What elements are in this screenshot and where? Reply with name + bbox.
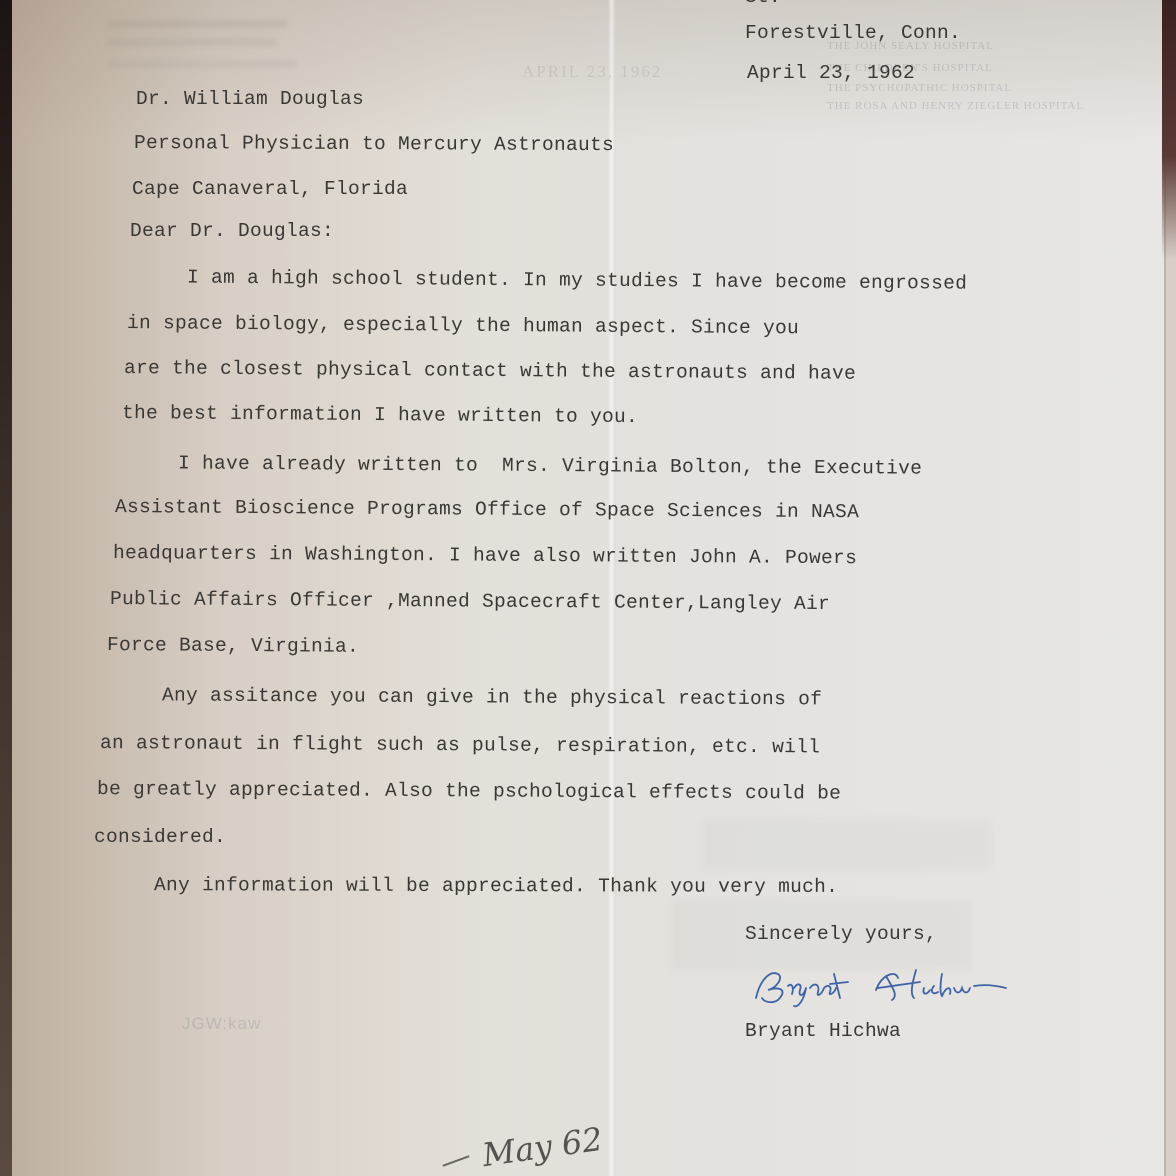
return-address-street-cropped: St. (745, 0, 781, 8)
body-line: considered. (94, 826, 226, 848)
show-through-letterhead-line: THE ROSA AND HENRY ZIEGLER HOSPITAL (827, 100, 1084, 112)
show-through-smudge (107, 20, 287, 28)
body-line: Force Base, Virginia. (107, 634, 359, 658)
photo-scene: APRIL 23, 1962 THE JOHN SEALY HOSPITAL T… (0, 0, 1176, 1176)
show-through-initials: JGW:kaw (182, 1014, 261, 1034)
salutation: Dear Dr. Douglas: (130, 220, 334, 242)
complimentary-close: Sincerely yours, (745, 923, 937, 945)
pencil-stroke (443, 1155, 470, 1166)
body-line: Any assitance you can give in the physic… (102, 684, 822, 710)
body-line: I have already written to Mrs. Virginia … (118, 452, 922, 480)
background-edge-right (1162, 0, 1176, 260)
body-line: Assistant Bioscience Programs Office of … (115, 496, 859, 523)
body-line: are the closest physical contact with th… (124, 357, 856, 385)
body-line: in space biology, especially the human a… (127, 312, 799, 339)
body-line: Public Affairs Officer ,Manned Spacecraf… (110, 588, 830, 615)
body-line: headquarters in Washington. I have also … (113, 542, 857, 569)
letter-date: April 23, 1962 (747, 62, 915, 84)
show-through-smudge (107, 38, 277, 46)
body-line: I am a high school student. In my studie… (127, 266, 967, 295)
body-line: be greatly appreciated. Also the pscholo… (97, 778, 841, 805)
return-address-city: Forestville, Conn. (745, 22, 961, 44)
recipient-location: Cape Canaveral, Florida (132, 178, 408, 200)
letter-paper: APRIL 23, 1962 THE JOHN SEALY HOSPITAL T… (12, 0, 1166, 1176)
recipient-title: Personal Physician to Mercury Astronauts (134, 132, 614, 156)
show-through-date: APRIL 23, 1962 (522, 62, 662, 82)
body-line: an astronaut in flight such as pulse, re… (100, 732, 820, 758)
typed-signer-name: Bryant Hichwa (745, 1020, 901, 1042)
recipient-name: Dr. William Douglas (136, 88, 364, 110)
body-line: the best information I have written to y… (122, 402, 638, 428)
show-through-smudge (702, 820, 992, 870)
handwritten-pencil-note: May 62 (480, 1120, 605, 1174)
handwritten-signature (748, 960, 1018, 1010)
paper-fold-line (608, 0, 616, 1176)
show-through-smudge (107, 60, 297, 68)
body-line: Any information will be appreciated. Tha… (94, 874, 838, 898)
